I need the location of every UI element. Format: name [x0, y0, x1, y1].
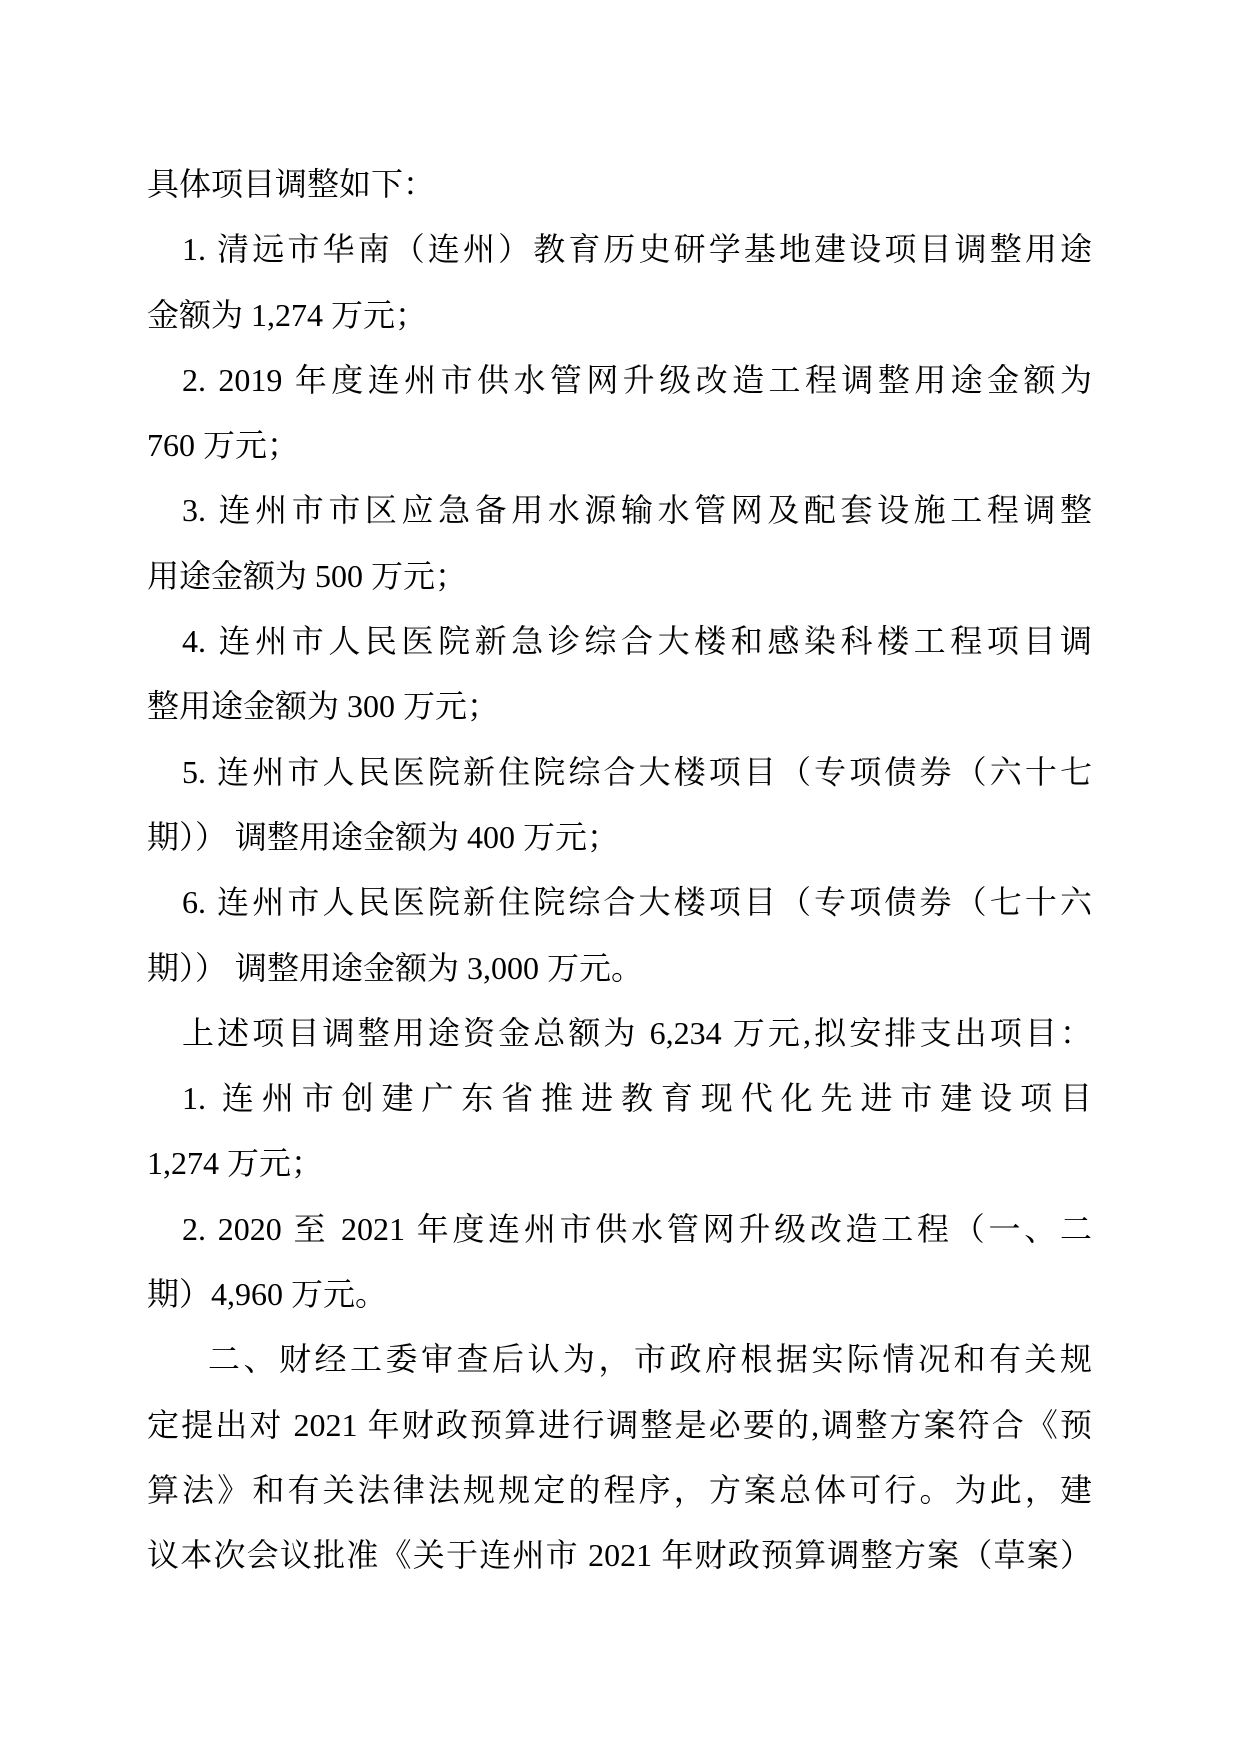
text-line: 期）4,960 万元。: [147, 1262, 1092, 1327]
text-line: 用途金额为 500 万元；: [147, 544, 1092, 609]
text-line: 1,274 万元；: [147, 1131, 1092, 1196]
text-line: 3. 连州市市区应急备用水源输水管网及配套设施工程调整: [147, 478, 1092, 543]
text-line: 1. 清远市华南（连州）教育历史研学基地建设项目调整用途: [147, 217, 1092, 282]
text-line: 定提出对 2021 年财政预算进行调整是必要的,调整方案符合《预: [147, 1393, 1092, 1458]
text-line: 4. 连州市人民医院新急诊综合大楼和感染科楼工程项目调: [147, 609, 1092, 674]
text-line: 算法》和有关法律法规规定的程序，方案总体可行。为此，建: [147, 1458, 1092, 1523]
text-line: 2. 2020 至 2021 年度连州市供水管网升级改造工程（一、二: [147, 1197, 1092, 1262]
document-page: 具体项目调整如下：1. 清远市华南（连州）教育历史研学基地建设项目调整用途金额为…: [0, 0, 1240, 1754]
text-line: 二、财经工委审查后认为，市政府根据实际情况和有关规: [147, 1327, 1092, 1392]
text-line: 议本次会议批准《关于连州市 2021 年财政预算调整方案（草案）: [147, 1523, 1092, 1588]
text-line: 760 万元；: [147, 413, 1092, 478]
text-line: 整用途金额为 300 万元；: [147, 674, 1092, 739]
text-line: 期）） 调整用途金额为 3,000 万元。: [147, 936, 1092, 1001]
text-line: 金额为 1,274 万元；: [147, 283, 1092, 348]
text-line: 上述项目调整用途资金总额为 6,234 万元,拟安排支出项目：: [147, 1001, 1092, 1066]
text-line: 具体项目调整如下：: [147, 152, 1092, 217]
text-line: 6. 连州市人民医院新住院综合大楼项目（专项债券（七十六: [147, 870, 1092, 935]
text-line: 2. 2019 年度连州市供水管网升级改造工程调整用途金额为: [147, 348, 1092, 413]
text-line: 期）） 调整用途金额为 400 万元；: [147, 805, 1092, 870]
document-body: 具体项目调整如下：1. 清远市华南（连州）教育历史研学基地建设项目调整用途金额为…: [147, 152, 1092, 1589]
text-line: 5. 连州市人民医院新住院综合大楼项目（专项债券（六十七: [147, 740, 1092, 805]
text-line: 1. 连州市创建广东省推进教育现代化先进市建设项目: [147, 1066, 1092, 1131]
